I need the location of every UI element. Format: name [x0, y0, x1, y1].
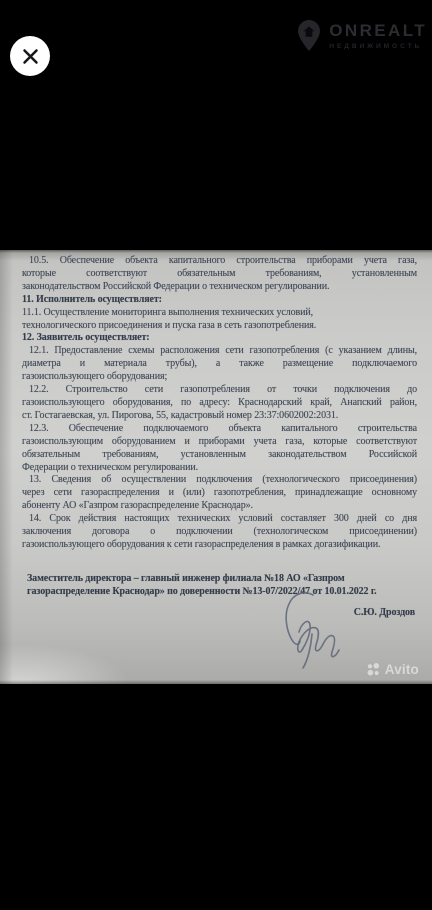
doc-line: через сети газораспределения и (или) газ…: [22, 487, 417, 500]
doc-heading-11: 11. Исполнитель осуществляет:: [22, 294, 417, 307]
close-button[interactable]: [10, 36, 50, 76]
doc-line: абоненту АО «Газпром газораспределение К…: [22, 500, 417, 513]
close-icon: [22, 48, 39, 65]
document-text: 10.5. Обеспечение объекта капитального с…: [0, 250, 432, 620]
signature-scribble: [266, 588, 358, 676]
doc-line: ст. Гостагаевская, ул. Пирогова, 55, кад…: [22, 410, 417, 423]
doc-line: 12.1. Предоставление схемы расположения …: [22, 345, 417, 358]
doc-line: газоиспользующего оборудования, по адрес…: [22, 397, 417, 410]
doc-line: 12.3. Обеспечение подключаемого объекта …: [22, 423, 417, 436]
doc-line: 10.5. Обеспечение объекта капитального с…: [22, 255, 417, 268]
brand-subtitle: НЕДВИЖИМОСТЬ: [329, 43, 427, 50]
doc-line: 14. Срок действия настоящих технических …: [22, 513, 417, 526]
avito-watermark: Avito: [367, 662, 419, 677]
doc-line: 11.1. Осуществление мониторинга выполнен…: [22, 307, 417, 320]
doc-line: заключения договора о подключении (техно…: [22, 526, 417, 539]
doc-line: газоиспользующего оборудования;: [22, 371, 417, 384]
avito-dots-icon: [367, 663, 380, 676]
signer-name: С.Ю. Дроздов: [27, 607, 417, 620]
doc-line: 13. Сведения об осуществлении подключени…: [22, 474, 417, 487]
avito-label: Avito: [385, 662, 419, 677]
doc-line: технологического присоединения и пуска г…: [22, 320, 417, 333]
doc-line: 12.2. Строительство сети газопотребления…: [22, 384, 417, 397]
brand-title: ONREALT: [329, 22, 427, 39]
doc-spacer: [22, 552, 417, 573]
photo-viewer-screen: ONREALT НЕДВИЖИМОСТЬ 10.5. Обеспечение о…: [0, 0, 432, 910]
doc-line: законодательством Российской Федерации о…: [22, 281, 417, 294]
doc-line: обязательным требованиям, установленным …: [22, 449, 417, 462]
document-photo[interactable]: 10.5. Обеспечение объекта капитального с…: [0, 250, 432, 684]
doc-heading-12: 12. Заявитель осуществляет:: [22, 332, 417, 345]
doc-line: которые соответствуют обязательным требо…: [22, 268, 417, 281]
doc-line: Федерации о техническом регулировании.: [22, 462, 417, 475]
doc-spacer: [27, 599, 417, 607]
doc-line: газоиспользующего оборудования к сети га…: [22, 539, 417, 552]
signature-title-line: газораспределение Краснодар» по доверенн…: [27, 586, 417, 599]
doc-line: газоиспользующим оборудованием и прибора…: [22, 436, 417, 449]
onrealt-watermark: ONREALT НЕДВИЖИМОСТЬ: [298, 20, 427, 51]
brand-text: ONREALT НЕДВИЖИМОСТЬ: [329, 22, 427, 50]
doc-line: диаметра и материала трубы), а также раз…: [22, 358, 417, 371]
signature-title-line: Заместитель директора – главный инженер …: [27, 573, 417, 586]
map-pin-house-icon: [298, 20, 320, 51]
